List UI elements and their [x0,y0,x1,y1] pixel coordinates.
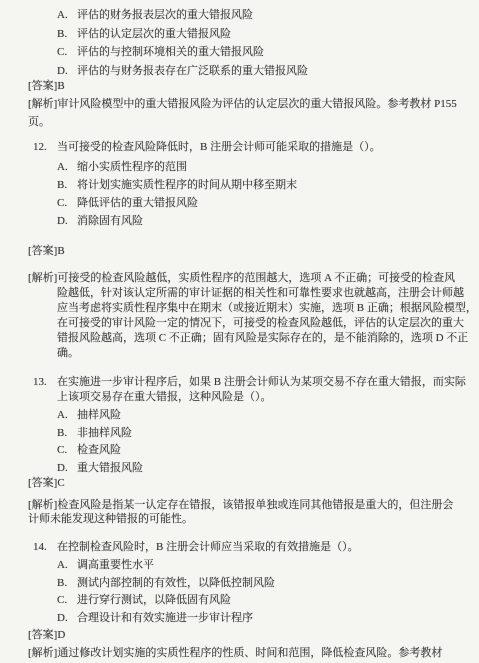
question-stem-line: 13. 在实施进一步审计程序后，如果 B 注册会计师认为某项交易不存在重大错报，… [0,375,479,390]
answer-line: [答案]C [0,476,479,491]
question-14-stem: 14. 在控制检查风险时，B 注册会计师应当采取的有效措施是（）。 [0,540,479,555]
option-text: 非抽样风险 [77,426,132,441]
analysis-line: [解析]可接受的检查风险越低，实质性程序的范围越大，选项 A 不正确；可接受的检… [0,271,479,286]
option-letter: A. [57,408,77,423]
answer-line: [答案]B [0,79,479,94]
option-letter: A. [57,558,77,573]
option-row: D. 消除固有风险 [0,214,479,229]
analysis-line: 在可接受的审计风险一定的情况下，可接受的检查风险越低，评估的认定层次的重大 [0,316,479,331]
option-row: C. 评估的与控制环境相关的重大错报风险 [0,45,479,60]
scanned-exam-page: A. 评估的财务报表层次的重大错报风险 B. 评估的认定层次的重大错报风险 C.… [0,0,479,661]
analysis-line: [解析]通过修改计划实施的实质性程序的性质、时间和范围，降低检查风险。参考教材 [0,646,479,661]
option-text: 抽样风险 [77,408,121,423]
option-letter: D. [57,611,77,626]
option-text: 缩小实质性程序的范围 [77,160,187,175]
option-text: 降低评估的重大错报风险 [77,196,198,211]
option-text: 检查风险 [77,443,121,458]
option-letter: D. [57,64,77,79]
question-number: 13. [33,375,57,390]
analysis-line: [解析]检查风险是指某一认定存在错报，该错报单独或连同其他错报是重大的，但注册会 [0,498,479,512]
option-letter: B. [57,576,77,591]
question-text: 在控制检查风险时，B 注册会计师应当采取的有效措施是（）。 [57,540,359,555]
question-number: 12. [33,140,57,155]
option-text: 评估的与财务报表存在广泛联系的重大错报风险 [77,64,308,79]
option-letter: A. [57,8,77,23]
option-letter: B. [57,178,77,193]
option-row: C. 降低评估的重大错报风险 [0,196,479,211]
option-letter: C. [57,45,77,60]
question-11-options: A. 评估的财务报表层次的重大错报风险 B. 评估的认定层次的重大错报风险 C.… [0,8,479,79]
option-text: 进行穿行测试，以降低固有风险 [77,593,231,608]
option-letter: B. [57,27,77,42]
option-text: 将计划实施实质性程序的时间从期中移至期末 [77,178,297,193]
question-number: 14. [33,540,57,555]
analysis-paragraph: [解析]可接受的检查风险越低，实质性程序的范围越大，选项 A 不正确；可接受的检… [0,271,479,361]
option-text: 消除固有风险 [77,214,143,229]
analysis-paragraph: [解析]审计风险模型中的重大错报风险为评估的认定层次的重大错报风险。参考教材 P… [0,95,479,131]
analysis-line: 确。 [0,346,479,361]
analysis-line: 错报风险越高，选项 C 不正确；固有风险是实际存在的，是不能消除的，选项 D 不… [0,331,479,346]
option-letter: C. [57,196,77,211]
question-12-stem: 12. 当可接受的检查风险降低时，B 注册会计师可能采取的措施是（）。 [0,140,479,155]
option-text: 调高重要性水平 [77,558,154,573]
option-row: D. 合理设计和有效实施进一步审计程序 [0,611,479,626]
analysis-paragraph: [解析]通过修改计划实施的实质性程序的性质、时间和范围，降低检查风险。参考教材 [0,646,479,661]
option-row: D. 重大错报风险 [0,461,479,476]
option-letter: C. [57,593,77,608]
answer-line: [答案]B [0,244,479,259]
question-13-stem: 13. 在实施进一步审计程序后，如果 B 注册会计师认为某项交易不存在重大错报，… [0,375,479,405]
analysis-line: 险越低，针对该认定所需的审计证据的相关性和可靠性要求也就越高，注册会计师越 [0,286,479,301]
option-row: A. 抽样风险 [0,408,479,423]
question-13-options: A. 抽样风险 B. 非抽样风险 C. 检查风险 D. 重大错报风险 [0,408,479,476]
question-stem-line: 上该项交易存在重大错报，这种风险是（）。 [0,390,479,405]
option-row: A. 缩小实质性程序的范围 [0,160,479,175]
option-row: A. 评估的财务报表层次的重大错报风险 [0,8,479,23]
option-text: 评估的与控制环境相关的重大错报风险 [77,45,264,60]
option-letter: D. [57,461,77,476]
answer-line: [答案]D [0,628,479,643]
option-row: C. 检查风险 [0,443,479,458]
option-row: C. 进行穿行测试，以降低固有风险 [0,593,479,608]
option-row: B. 测试内部控制的有效性，以降低控制风险 [0,576,479,591]
option-row: B. 非抽样风险 [0,426,479,441]
option-row: D. 评估的与财务报表存在广泛联系的重大错报风险 [0,64,479,79]
question-14-options: A. 调高重要性水平 B. 测试内部控制的有效性，以降低控制风险 C. 进行穿行… [0,558,479,626]
option-text: 重大错报风险 [77,461,143,476]
option-letter: A. [57,160,77,175]
analysis-paragraph: [解析]检查风险是指某一认定存在错报，该错报单独或连同其他错报是重大的，但注册会… [0,498,479,526]
question-text: 在实施进一步审计程序后，如果 B 注册会计师认为某项交易不存在重大错报，而实际 [57,375,466,390]
question-text: 当可接受的检查风险降低时，B 注册会计师可能采取的措施是（）。 [57,140,381,155]
question-12-options: A. 缩小实质性程序的范围 B. 将计划实施实质性程序的时间从期中移至期末 C.… [0,160,479,230]
analysis-line: 计师未能发现这种错报的可能性。 [0,512,479,526]
option-row: A. 调高重要性水平 [0,558,479,573]
option-text: 评估的认定层次的重大错报风险 [77,27,231,42]
option-letter: D. [57,214,77,229]
option-row: B. 将计划实施实质性程序的时间从期中移至期末 [0,178,479,193]
option-letter: B. [57,426,77,441]
option-row: B. 评估的认定层次的重大错报风险 [0,27,479,42]
option-text: 测试内部控制的有效性，以降低控制风险 [77,576,275,591]
analysis-line: 页。 [0,113,479,131]
option-letter: C. [57,443,77,458]
option-text: 评估的财务报表层次的重大错报风险 [77,8,253,23]
analysis-line: [解析]审计风险模型中的重大错报风险为评估的认定层次的重大错报风险。参考教材 P… [0,95,479,113]
option-text: 合理设计和有效实施进一步审计程序 [77,611,253,626]
analysis-line: 应当考虑将实质性程序集中在期末（或接近期末）实施，选项 B 正确；根据风险模型， [0,301,479,316]
